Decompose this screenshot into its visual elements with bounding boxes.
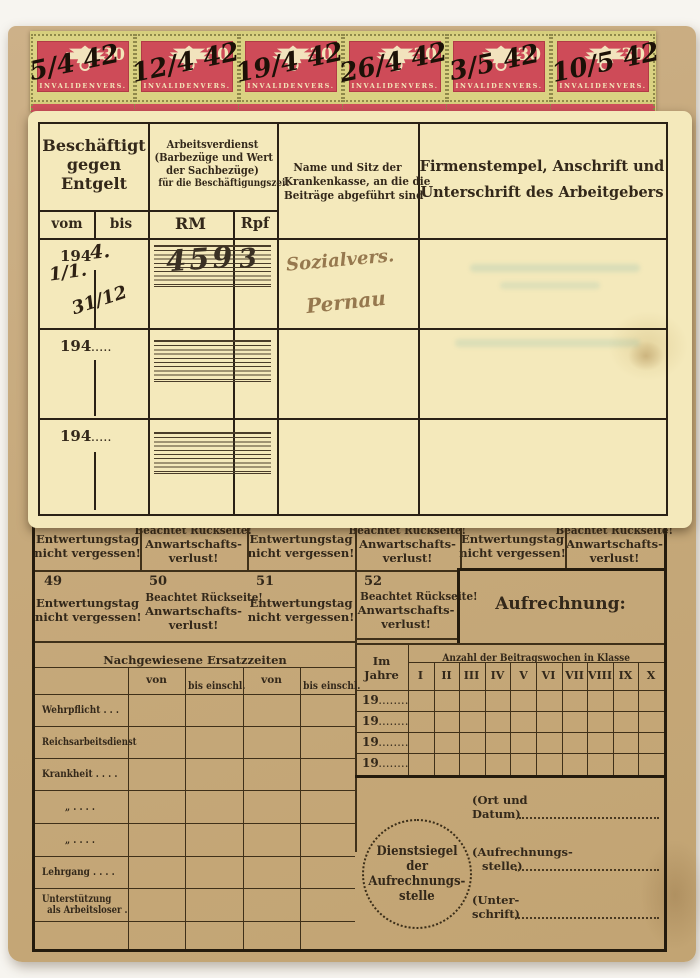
- table-line: [485, 662, 486, 775]
- table-line: [40, 238, 666, 240]
- seal-line: der: [406, 859, 428, 874]
- header-line: Name und Sitz der: [284, 160, 411, 174]
- year-row-label: 19........: [362, 693, 409, 707]
- seal-line: stelle: [399, 889, 435, 904]
- ersatz-row-label: Krankheit . . . .: [42, 758, 127, 790]
- ink-bleed-through: [500, 282, 600, 289]
- settlement-table: Entwertungstag nicht vergessen! Beachtet…: [32, 470, 667, 952]
- cell-number: 50: [149, 574, 167, 589]
- class-col-header: VI: [536, 669, 561, 682]
- warning-line: Entwertungstag: [247, 596, 355, 610]
- table-line: [35, 921, 355, 922]
- ersatz-row-label: Unterstützung als Arbeitsloser .: [42, 888, 127, 921]
- cell-number: 49: [44, 574, 62, 589]
- vom-bis-divider: [94, 360, 96, 416]
- header-line: der Sachbezüge): [154, 164, 270, 177]
- table-line: [40, 328, 666, 330]
- seal-line: Dienstsiegel: [376, 844, 457, 859]
- ersatz-row-text: „ . . . .: [65, 834, 95, 846]
- year-prefix: 19: [362, 693, 379, 707]
- signature-line: [519, 817, 659, 819]
- warning-line: nicht vergessen!: [459, 546, 566, 560]
- warning-line: verlust!: [590, 551, 640, 565]
- cell-number: 52: [364, 574, 382, 589]
- header-line: gegen: [40, 155, 148, 174]
- signature-label: (Unter- schrift): [472, 893, 520, 921]
- header-line: (Barbezüge und Wert: [154, 151, 270, 164]
- insurance-stamp-sheet: 30 INVALIDENVERS. 5/4 42 30 INVALIDENVER…: [30, 31, 656, 111]
- cell-number: 51: [256, 574, 274, 589]
- ersatz-col-header: von: [128, 674, 185, 686]
- table-line: [128, 667, 129, 949]
- ersatz-col-header-text: bis einschl.: [188, 681, 245, 692]
- warning-line: verlust!: [169, 551, 219, 565]
- table-line: [459, 662, 460, 775]
- insurer-handwriting: Sozialvers.: [285, 245, 395, 275]
- ersatz-row-label: „ . . . .: [65, 790, 127, 823]
- ersatz-row-label: Lehrgang . . . .: [42, 856, 127, 888]
- table-line: [638, 662, 639, 775]
- from-handwriting: 1/1.: [48, 259, 88, 285]
- header-line: Krankenkasse, an die die: [284, 174, 411, 188]
- class-col-header: IV: [485, 669, 510, 682]
- year-dots: .....: [91, 434, 112, 444]
- year-dots: ........: [379, 696, 409, 706]
- year-dots: ........: [379, 759, 409, 769]
- insurer-header: Name und Sitz der Krankenkasse, an die d…: [277, 160, 418, 202]
- ersatz-row-label: Wehrpflicht . . .: [42, 694, 127, 726]
- header-line: Beiträge abgeführt sind: [284, 188, 411, 202]
- label-line: (Aufrechnungs-: [472, 845, 573, 859]
- warning-line: Entwertungstag: [461, 532, 564, 546]
- class-col-header: I: [408, 669, 433, 682]
- header-line: Beschäftigt: [40, 136, 148, 155]
- class-col-header: X: [638, 669, 664, 682]
- insurance-stamp: 30 INVALIDENVERS. 5/4 42: [31, 34, 135, 102]
- ersatz-title: Nachgewiesene Ersatzzeiten: [35, 649, 355, 668]
- table-line: [40, 210, 279, 212]
- insurance-stamp: 30 INVALIDENVERS. 3/5 42: [447, 34, 551, 102]
- amount-hatch-field: [154, 340, 271, 382]
- ersatz-row-text: „ . . . .: [65, 801, 95, 813]
- year-prefix: 19: [362, 735, 379, 749]
- year-dots: .....: [91, 344, 112, 354]
- warning-line: Beachtet Rückseite!: [360, 589, 452, 603]
- table-line: [300, 667, 301, 949]
- ersatz-row-text: Unterstützung: [42, 894, 114, 905]
- warning-line: nicht vergessen!: [247, 610, 355, 624]
- insurer-handwriting: Pernau: [305, 286, 387, 318]
- numbered-warning-cell: 50 Beachtet Rückseite! Anwartschafts- ve…: [140, 570, 247, 641]
- year-dots: ........: [379, 717, 409, 727]
- class-col-header: III: [459, 669, 484, 682]
- ersatz-row-text: Krankheit . . . .: [42, 768, 117, 780]
- table-line: [185, 667, 186, 949]
- year-label: 194.....: [60, 426, 112, 445]
- scanned-document-photo: { "stamps": { "denomination": "30", "ser…: [0, 0, 700, 978]
- year-row-label: 19........: [362, 714, 409, 728]
- warning-line: verlust!: [140, 618, 247, 632]
- seal-line: Aufrechnungs-: [368, 874, 465, 889]
- year-prefix: 194: [60, 427, 91, 445]
- weeks-row-header: Im Jahre: [355, 654, 408, 682]
- employer-header: Firmenstempel, Anschrift und Unterschrif…: [418, 154, 666, 206]
- bold-line: [457, 568, 664, 571]
- warning-line: Anwartschafts-: [355, 603, 457, 617]
- class-col-header: II: [434, 669, 459, 682]
- vom-bis-divider: [94, 452, 96, 510]
- warning-line: verlust!: [383, 551, 433, 565]
- numbered-warning-cell: 51 Entwertungstag nicht vergessen!: [247, 570, 355, 641]
- year-label: 194.....: [60, 336, 112, 355]
- insurance-stamp: 30 INVALIDENVERS. 26/4 42: [343, 34, 447, 102]
- to-col-header: bis: [94, 216, 148, 232]
- numbered-warning-cell: 49 Entwertungstag nicht vergessen!: [35, 570, 140, 641]
- label-line: (Unter-: [472, 893, 520, 907]
- table-line: [613, 662, 614, 775]
- signature-line: [515, 869, 659, 871]
- warning-line: nicht vergessen!: [248, 546, 355, 560]
- ersatz-col-header: bis einschl.: [185, 674, 243, 693]
- insurance-stamp: 30 INVALIDENVERS. 12/4 42: [135, 34, 239, 102]
- ersatz-col-header: von: [243, 674, 300, 686]
- warning-line: Entwertungstag: [36, 532, 139, 546]
- ersatz-row-text: Reichsarbeitsdienst: [42, 737, 137, 748]
- from-col-header: vom: [40, 216, 94, 232]
- warning-line: nicht vergessen!: [35, 610, 140, 624]
- rm-handwriting: 459: [165, 240, 237, 279]
- stamp-row: 30 INVALIDENVERS. 5/4 42 30 INVALIDENVER…: [31, 34, 655, 102]
- aufrechnung-title: Aufrechnung:: [457, 594, 664, 614]
- ersatz-row-label: „ . . . .: [65, 823, 127, 856]
- ersatz-row-text: Wehrpflicht . . .: [42, 704, 119, 716]
- warning-line: verlust!: [355, 617, 457, 631]
- table-line: [40, 418, 666, 420]
- table-line: [355, 732, 664, 733]
- ersatz-title-text: Nachgewiesene Ersatzzeiten: [103, 653, 287, 667]
- table-line: [536, 662, 537, 775]
- ersatz-row-text: Lehrgang . . . .: [42, 866, 115, 878]
- warning-line: Anwartschafts-: [566, 537, 663, 551]
- table-line: [587, 662, 588, 775]
- wage-table: Beschäftigt gegen Entgelt Arbeitsverdien…: [38, 122, 668, 516]
- ersatz-col-header: bis einschl.: [300, 674, 355, 693]
- class-col-header: VIII: [587, 669, 613, 682]
- ersatz-row-label: Reichsarbeitsdienst: [42, 726, 127, 758]
- label-line: (Ort und: [472, 793, 528, 807]
- warning-line: Anwartschafts-: [359, 537, 456, 551]
- bold-line: [355, 775, 664, 778]
- header-line: Arbeitsverdienst: [154, 138, 270, 151]
- signature-line: [515, 917, 659, 919]
- earnings-header: Arbeitsverdienst (Barbezüge und Wert der…: [148, 138, 277, 189]
- table-line: [355, 638, 457, 640]
- table-line: [355, 753, 664, 754]
- ink-bleed-through: [470, 264, 640, 272]
- employment-header: Beschäftigt gegen Entgelt: [40, 136, 148, 193]
- header-line: Entgelt: [40, 174, 148, 193]
- year-row-label: 19........: [362, 735, 409, 749]
- year-prefix: 19: [362, 714, 379, 728]
- year-prefix: 19: [362, 756, 379, 770]
- label-line: schrift): [472, 907, 520, 921]
- warning-line: Anwartschafts-: [145, 537, 242, 551]
- wage-entry-card: Beschäftigt gegen Entgelt Arbeitsverdien…: [28, 111, 692, 528]
- class-col-header: IX: [613, 669, 638, 682]
- warning-line: nicht vergessen!: [34, 546, 141, 560]
- table-line: [355, 643, 664, 645]
- warning-line: Beachtet Rückseite!: [145, 590, 241, 604]
- header-line: Firmenstempel, Anschrift und: [418, 154, 666, 180]
- header-line: für die Beschäftigungszeit: [158, 177, 266, 189]
- rpf-handwriting: 3: [237, 243, 258, 275]
- warning-line: Entwertungstag: [35, 596, 140, 610]
- year-prefix: 194: [60, 337, 91, 355]
- warning-line: Anwartschafts-: [140, 604, 247, 618]
- rpf-col-header: Rpf: [233, 215, 277, 232]
- ink-bleed-through: [455, 339, 640, 347]
- table-line: [562, 662, 563, 775]
- to-handwriting: 31/12: [69, 282, 129, 319]
- year-dots: ........: [379, 738, 409, 748]
- table-line: [355, 690, 664, 691]
- amount-hatch-field: [154, 432, 271, 474]
- numbered-warning-cell: 52 Beachtet Rückseite! Anwartschafts- ve…: [355, 570, 457, 638]
- table-line: [243, 667, 244, 949]
- insurance-stamp: 30 INVALIDENVERS. 19/4 42: [239, 34, 343, 102]
- table-line: [35, 667, 355, 668]
- year-row-label: 19........: [362, 756, 409, 770]
- warning-line: Entwertungstag: [249, 532, 352, 546]
- table-line: [355, 711, 664, 712]
- ersatz-col-header-text: bis einschl.: [303, 681, 360, 692]
- table-line: [510, 662, 511, 775]
- insurance-stamp: 30 INVALIDENVERS. 10/5 42: [551, 34, 655, 102]
- table-line: [35, 641, 355, 643]
- official-seal-circle: Dienstsiegel der Aufrechnungs- stelle: [362, 819, 472, 929]
- table-line: [434, 662, 435, 775]
- header-line: Unterschrift des Arbeitgebers: [418, 180, 666, 206]
- class-col-header: VII: [562, 669, 587, 682]
- class-col-header: V: [511, 669, 536, 682]
- rm-col-header: RM: [148, 214, 233, 233]
- ersatz-row-text: als Arbeitsloser .: [42, 905, 114, 916]
- year-handwriting: 4.: [89, 240, 111, 264]
